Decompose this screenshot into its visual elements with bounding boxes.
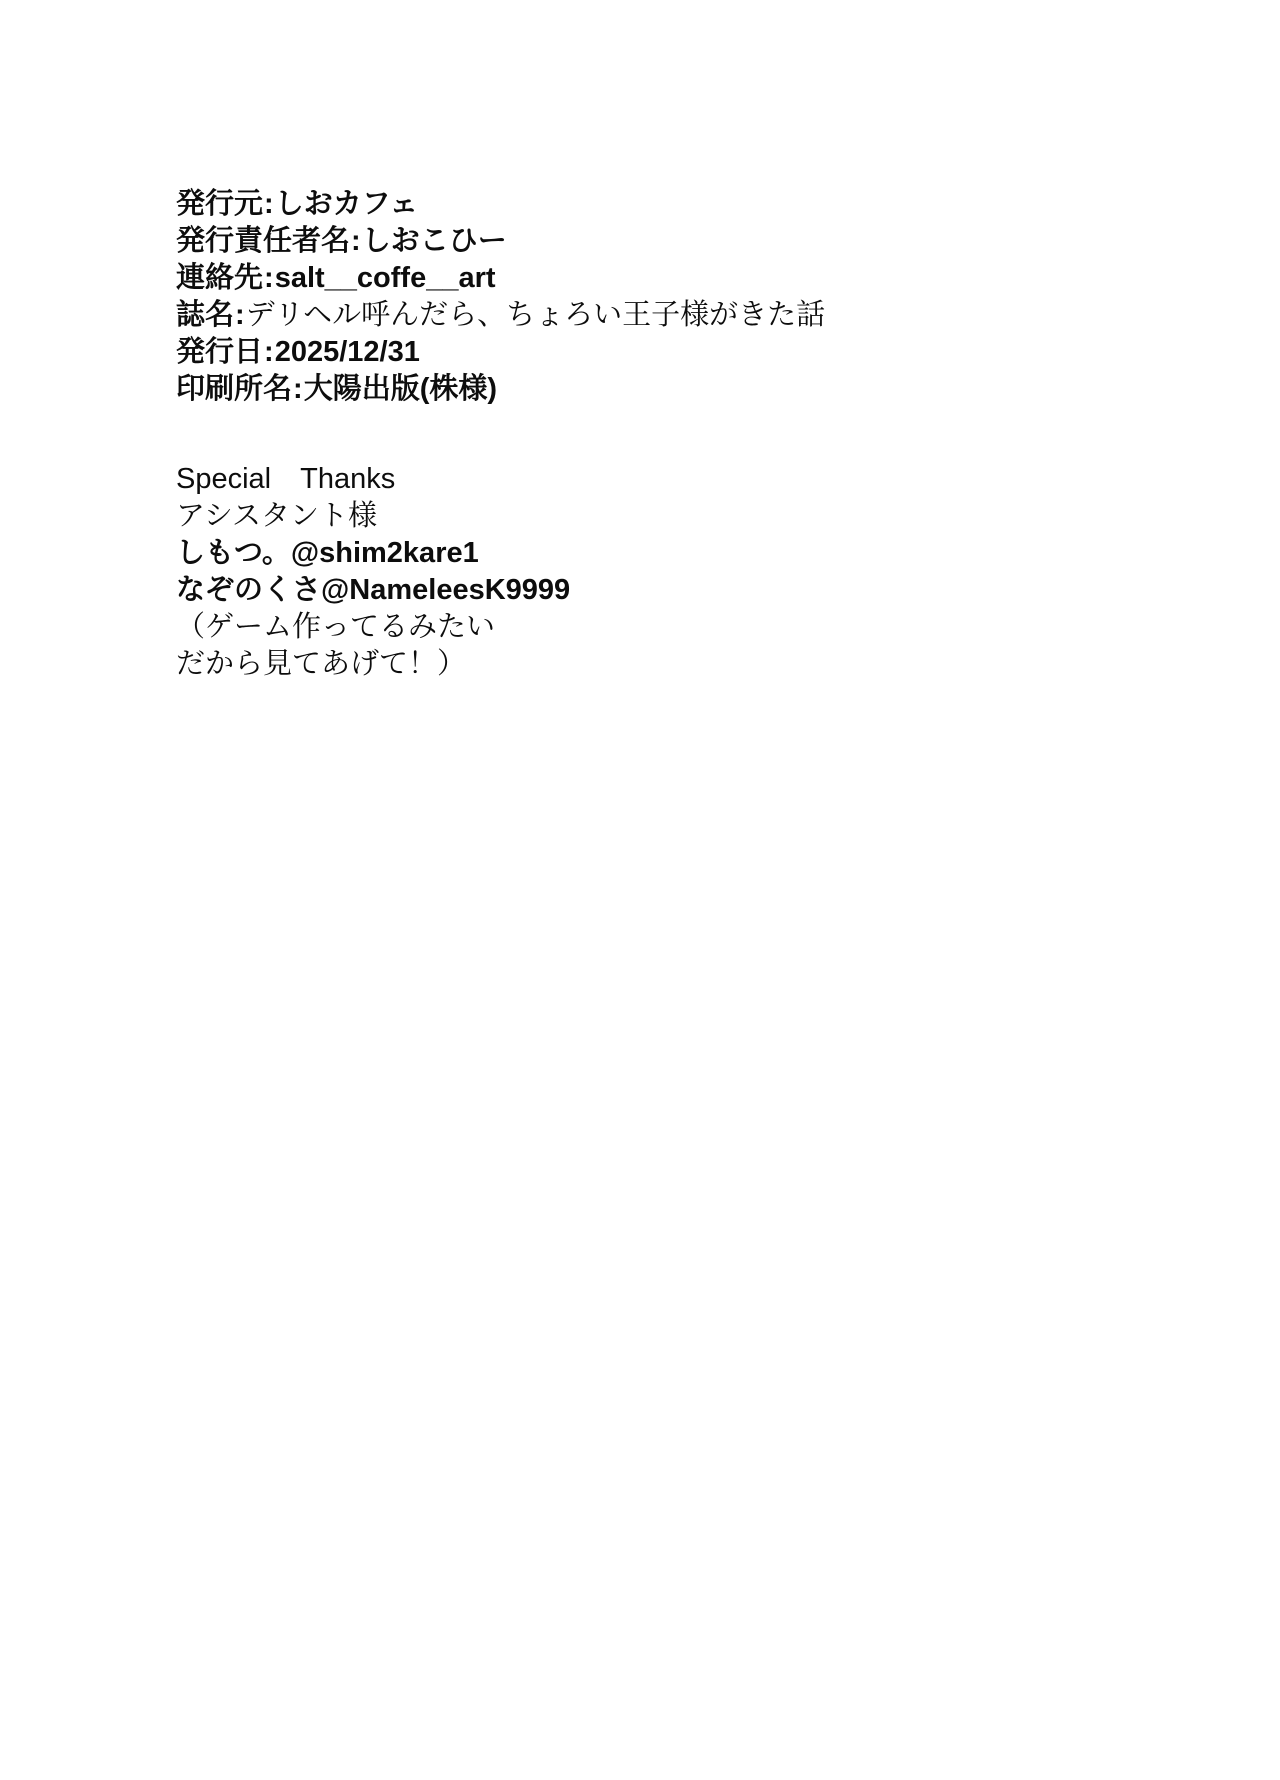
special-thanks-title: Special Thanks xyxy=(176,461,570,498)
colophon-entry-value: salt__coffe__art xyxy=(275,262,496,294)
special-thanks-line: だから見てあげて！） xyxy=(176,646,570,683)
colophon-block: 発行元:しおカフェ 発行責任者名:しおこひー 連絡先:salt__coffe__… xyxy=(176,186,825,408)
colophon-entry-label: 発行日 xyxy=(176,336,263,368)
colophon-entry-separator: : xyxy=(263,336,275,368)
colophon-entry-value: しおこひー xyxy=(362,225,507,257)
colophon-entry-label: 発行責任者名 xyxy=(176,225,350,257)
colophon-entry: 発行責任者名:しおこひー xyxy=(176,223,825,260)
colophon-entry-value: デリヘル呼んだら、ちょろい王子様がきた話 xyxy=(246,299,825,331)
colophon-entry-label: 誌名 xyxy=(176,299,234,331)
colophon-entry-value: 大陽出版(株様) xyxy=(304,373,497,405)
colophon-entry: 印刷所名:大陽出版(株様) xyxy=(176,371,825,408)
colophon-entry-separator: : xyxy=(350,225,362,257)
colophon-entry-label: 連絡先 xyxy=(176,262,263,294)
colophon-entry: 発行元:しおカフェ xyxy=(176,186,825,223)
colophon-entry-value: しおカフェ xyxy=(275,188,419,220)
colophon-entry-label: 印刷所名 xyxy=(176,373,292,405)
colophon-entry-value: 2025/12/31 xyxy=(275,336,420,368)
colophon-entry: 発行日:2025/12/31 xyxy=(176,334,825,371)
colophon-entry: 連絡先:salt__coffe__art xyxy=(176,260,825,297)
colophon-entry: 誌名:デリヘル呼んだら、ちょろい王子様がきた話 xyxy=(176,297,825,334)
colophon-page: 発行元:しおカフェ 発行責任者名:しおこひー 連絡先:salt__coffe__… xyxy=(0,0,1280,1780)
colophon-entry-separator: : xyxy=(234,299,246,331)
special-thanks-line: （ゲーム作ってるみたい xyxy=(176,609,570,646)
colophon-entry-separator: : xyxy=(263,262,275,294)
special-thanks-line: しもつ。@shim2kare1 xyxy=(176,535,570,572)
special-thanks-line: アシスタント様 xyxy=(176,498,570,535)
special-thanks-line: なぞのくさ@NameleesK9999 xyxy=(176,572,570,609)
colophon-entry-separator: : xyxy=(263,188,275,220)
special-thanks-block: Special Thanks アシスタント様 しもつ。@shim2kare1 な… xyxy=(176,461,570,683)
colophon-entry-label: 発行元 xyxy=(176,188,263,220)
colophon-entry-separator: : xyxy=(292,373,304,405)
